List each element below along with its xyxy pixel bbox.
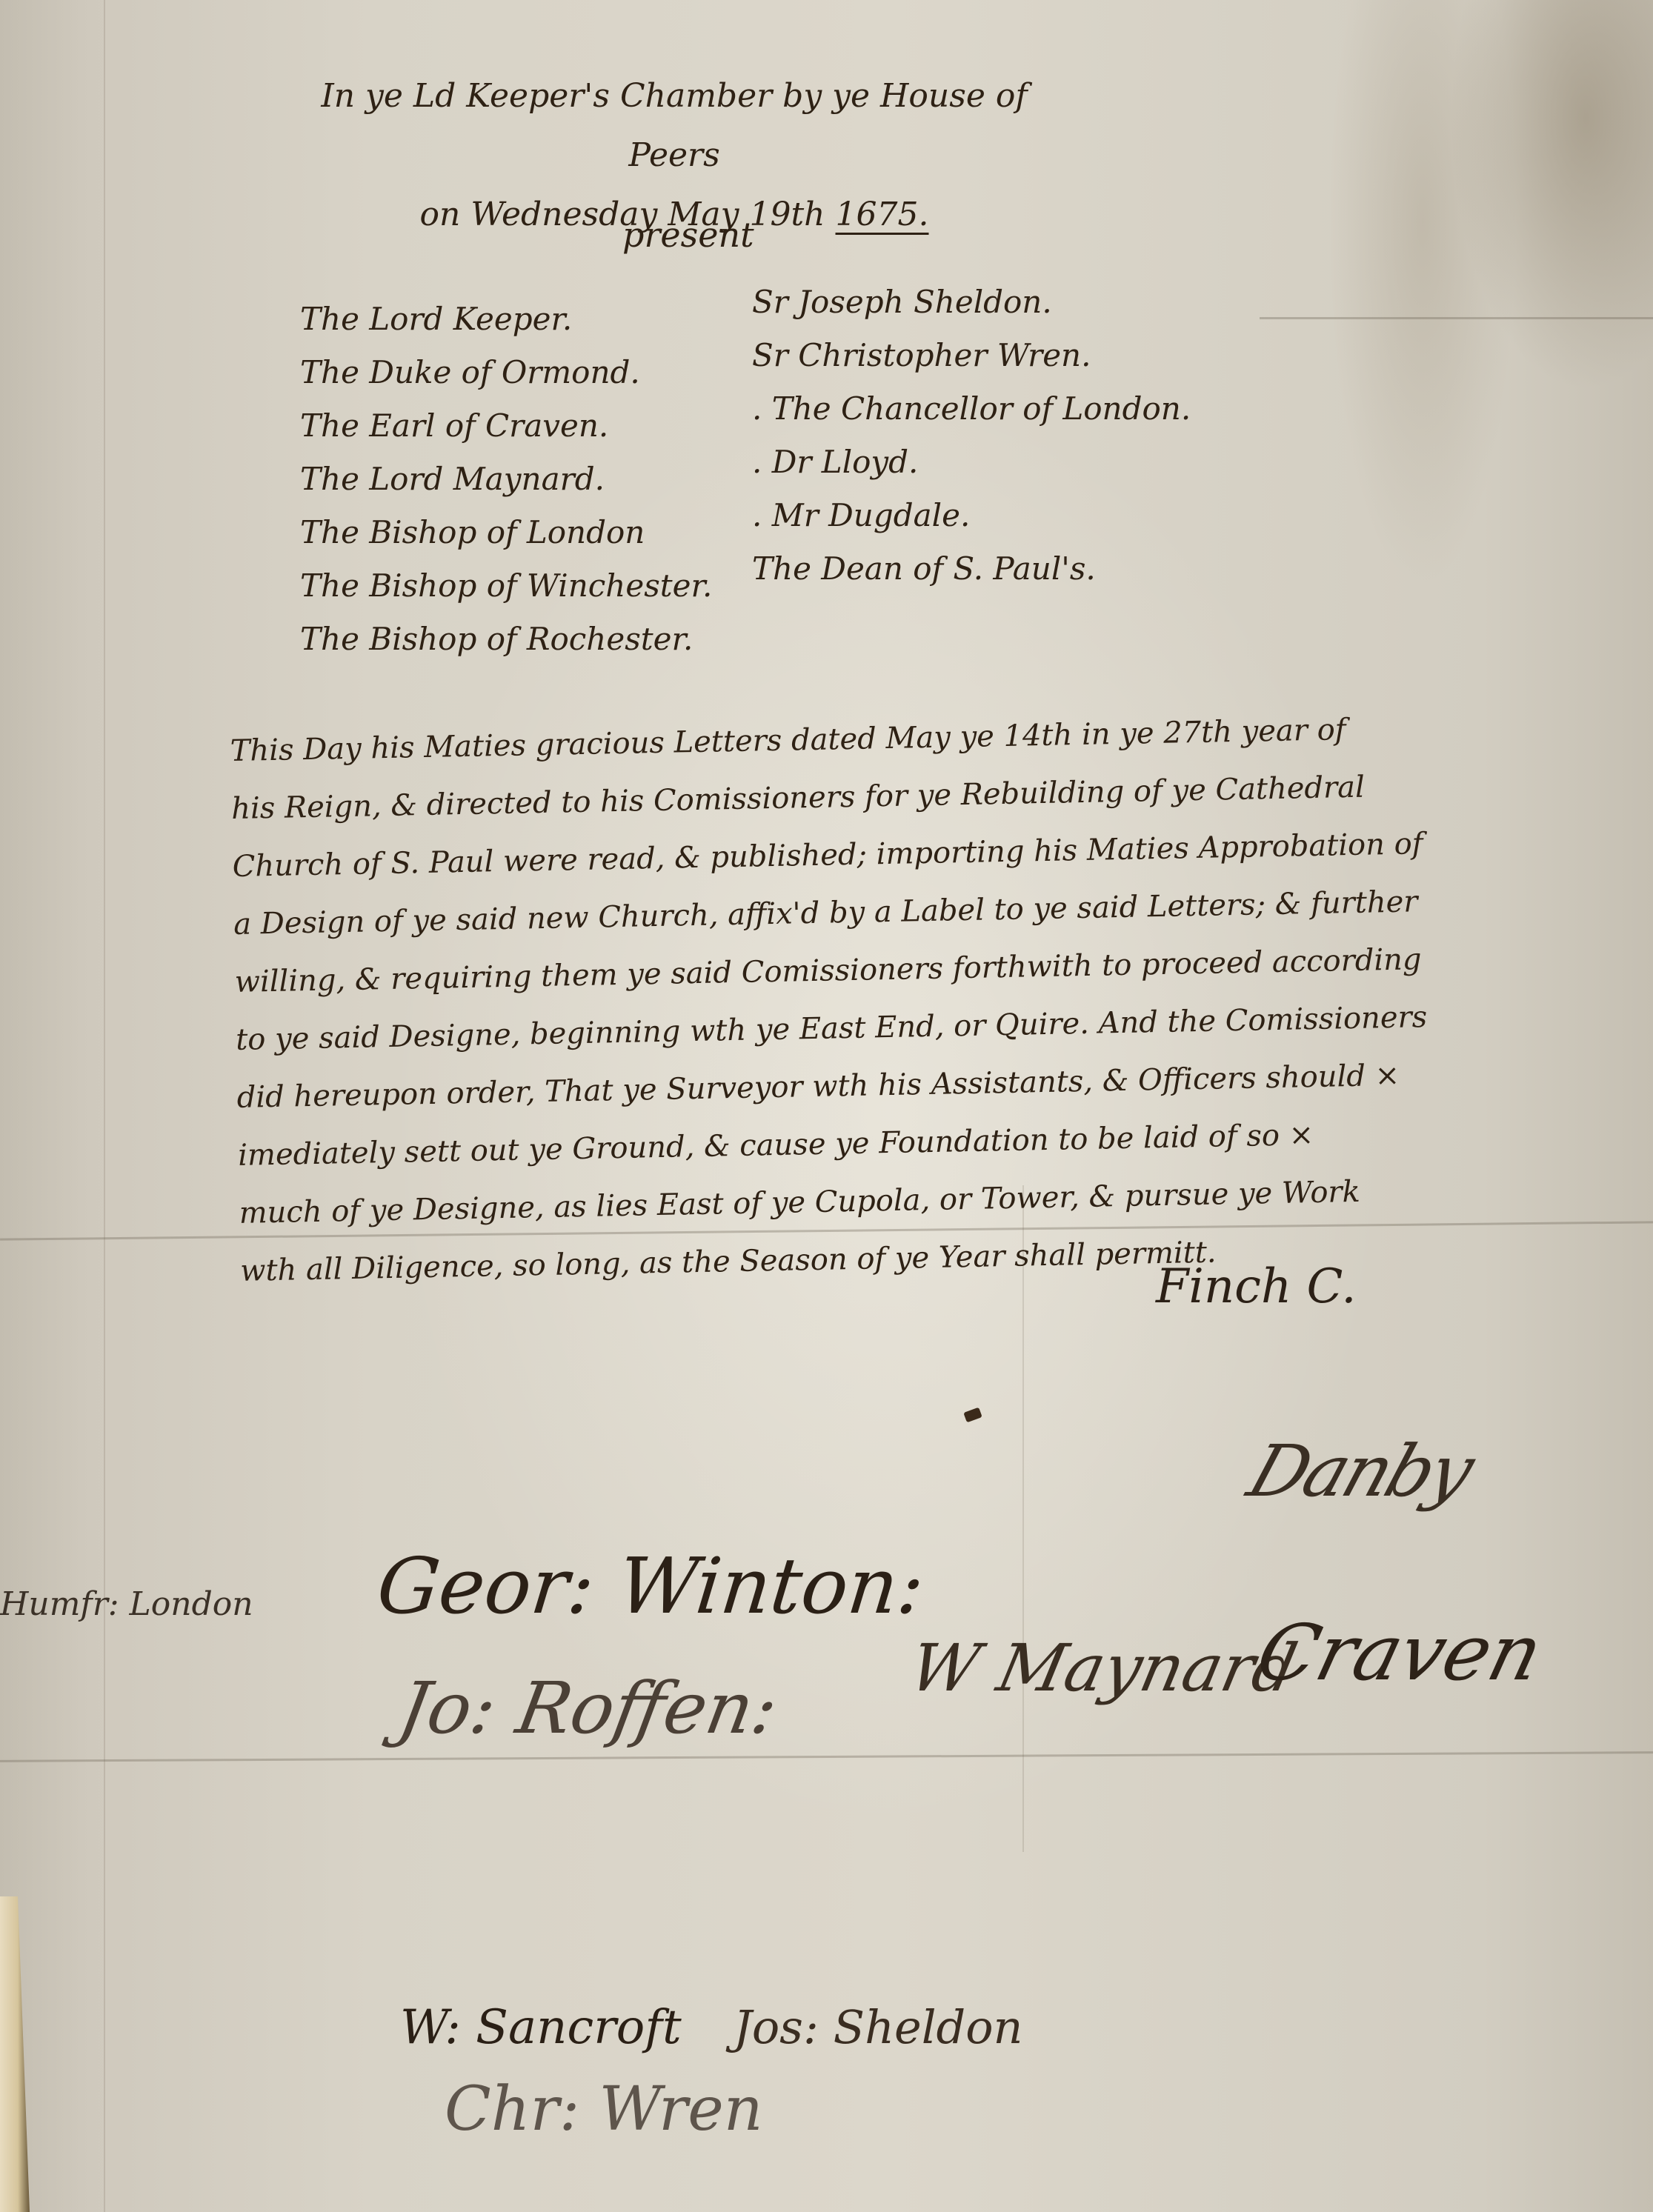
signature-roffen: Jo: Roffen: xyxy=(393,1667,784,1750)
fold-line xyxy=(1022,1185,1024,1852)
attendees-left: The Lord Keeper. The Duke of Ormond. The… xyxy=(300,293,712,666)
attendee: . Dr Lloyd. xyxy=(752,436,1191,489)
signature-sancroft: W: Sancroft xyxy=(400,2000,682,2055)
fold-line xyxy=(104,0,105,2212)
fold-line xyxy=(1260,317,1653,319)
signature-winton: Geor: Winton: xyxy=(373,1541,929,1631)
attendee: The Lord Maynard. xyxy=(300,453,712,506)
attendee: Sr Joseph Sheldon. xyxy=(752,276,1191,329)
attendee: The Bishop of London xyxy=(300,506,712,559)
heading-line-1: In ye Ld Keeper's Chamber by ye House of… xyxy=(304,67,1045,185)
signature-craven: Craven xyxy=(1248,1608,1551,1698)
attendee: The Dean of S. Paul's. xyxy=(752,542,1191,596)
minute-body: This Day his Maties gracious Letters dat… xyxy=(230,695,1653,1300)
signature-wren: Chr: Wren xyxy=(445,2074,763,2145)
present-label: present xyxy=(622,215,754,255)
signature-danby: Danby xyxy=(1239,1430,1482,1513)
signature-maynard: W Maynard xyxy=(903,1630,1303,1706)
attendee: The Earl of Craven. xyxy=(300,399,712,453)
signature-finch: Finch C. xyxy=(1156,1259,1357,1314)
attendee: . Mr Dugdale. xyxy=(752,489,1191,542)
signature-sheldon: Jos: Sheldon xyxy=(734,2000,1022,2054)
heading-year: 1675. xyxy=(836,196,929,233)
attendees-right: Sr Joseph Sheldon. Sr Christopher Wren. … xyxy=(752,276,1191,596)
attendee: Sr Christopher Wren. xyxy=(752,329,1191,382)
attendee: The Bishop of Rochester. xyxy=(300,613,712,666)
attendee: The Lord Keeper. xyxy=(300,293,712,346)
attendee: . The Chancellor of London. xyxy=(752,382,1191,436)
signature-london: Humfr: London xyxy=(0,1585,253,1623)
attendee: The Bishop of Winchester. xyxy=(300,559,712,613)
attendee: The Duke of Ormond. xyxy=(300,346,712,399)
